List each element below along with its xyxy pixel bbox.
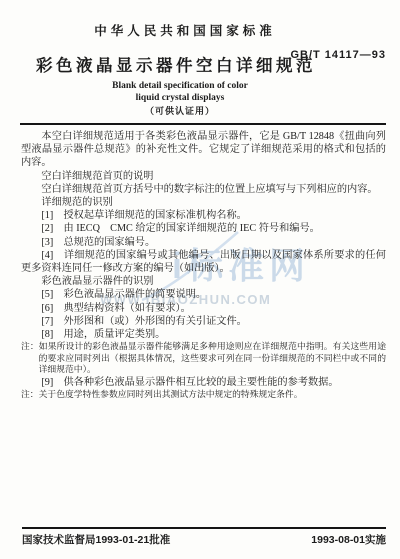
note-multiple-uses: 注：如果所设计的彩色液晶显示器件能够满足多种用途则应在详细规范中指明。有关这些用…: [21, 341, 386, 376]
section-heading-device-id: 彩色液晶显示器件的识别: [21, 275, 386, 288]
intro-paragraph: 本空白详细规范适用于各类彩色液晶显示器件，它是 GB/T 12848《扭曲向列型…: [21, 130, 386, 170]
footer: 国家技术监督局1993-01-21批准 1993-08-01实施: [22, 532, 386, 547]
list-item-9: [9] 供各种彩色液晶显示器件相互比较的最主要性能的参考数据。: [21, 376, 386, 389]
document-body: 本空白详细规范适用于各类彩色液晶显示器件，它是 GB/T 12848《扭曲向列型…: [21, 130, 386, 401]
footer-divider: [22, 527, 386, 529]
document-title-chinese: 彩色液晶显示器件空白详细规范: [0, 52, 352, 76]
header-divider: [20, 123, 386, 125]
list-item-3: [3] 总规范的国家编号。: [21, 236, 386, 249]
section-heading-front-page: 空白详细规范首页的说明: [21, 170, 386, 183]
list-item-1: [1] 授权起草详细规范的国家标准机构名称。: [21, 209, 386, 222]
document-title-english-line1: Blank detail specification of color: [0, 81, 360, 91]
list-item-4: [4] 详细规范的国家编号或其他编号、出版日期以及国家体系所要求的任何更多资料连…: [21, 249, 386, 275]
document-page: 中华人民共和国国家标准 GB/T 14117—93 彩色液晶显示器件空白详细规范…: [0, 0, 400, 559]
section-heading-spec-id: 详细规范的识别: [21, 196, 386, 209]
approval-date: 国家技术监督局1993-01-21批准: [22, 532, 170, 547]
front-page-instruction: 空白详细规范首页方括号中的数字标注的位置上应填写与下列相应的内容。: [21, 183, 386, 196]
certification-note: （可供认证用）: [0, 104, 360, 117]
list-item-6: [6] 典型结构资料（如有要求）。: [21, 302, 386, 315]
list-item-7: [7] 外形图和（或）外形图的有关引证文件。: [21, 315, 386, 328]
list-item-5: [5] 彩色液晶显示器件的简要说明。: [21, 288, 386, 301]
list-item-2: [2] 由 IECQ CMC 给定的国家详细规范的 IEC 符号和编号。: [21, 222, 386, 235]
national-standard-heading: 中华人民共和国国家标准: [0, 21, 370, 39]
implementation-date: 1993-08-01实施: [311, 532, 386, 547]
document-title-english-line2: liquid crystal displays: [0, 93, 360, 103]
list-item-8: [8] 用途，质量评定类别。: [21, 328, 386, 341]
note-colorimetric: 注：关于色度学特性参数应同时列出其测试方法中规定的特殊规定条件。: [21, 389, 386, 401]
